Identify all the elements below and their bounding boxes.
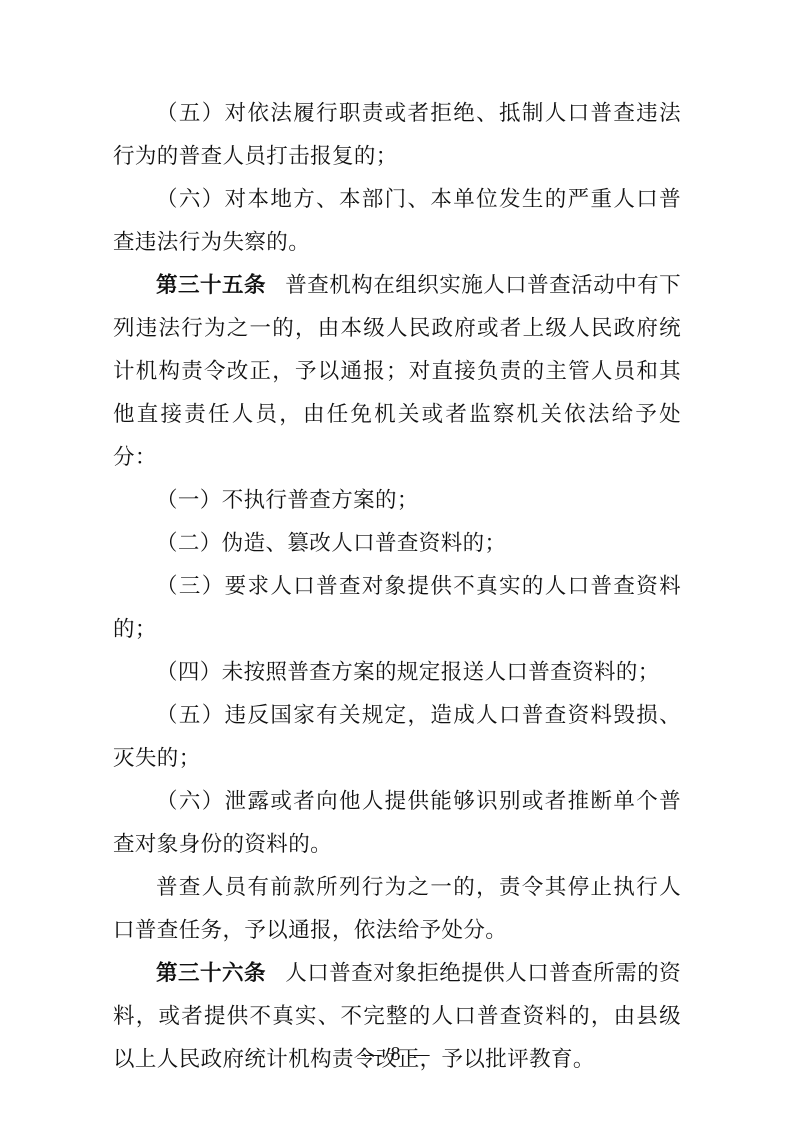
- paragraph-text: 普查人员有前款所列行为之一的，责令其停止执行人口普查任务，予以通报，依法给予处分…: [113, 875, 681, 942]
- document-page: （五）对依法履行职责或者拒绝、抵制人口普查违法行为的普查人员打击报复的； （六）…: [0, 0, 793, 1122]
- page-number-footer: — 8 —: [0, 1043, 793, 1066]
- paragraph-text: 普查机构在组织实施人口普查活动中有下列违法行为之一的，由本级人民政府或者上级人民…: [113, 273, 681, 469]
- paragraph: （六）对本地方、本部门、本单位发生的严重人口普查违法行为失察的。: [113, 178, 681, 264]
- paragraph: 第三十五条普查机构在组织实施人口普查活动中有下列违法行为之一的，由本级人民政府或…: [113, 264, 681, 479]
- paragraph: （三）要求人口普查对象提供不真实的人口普查资料的；: [113, 565, 681, 651]
- paragraph-text: （二）伪造、篡改人口普查资料的；: [156, 531, 506, 555]
- document-content: （五）对依法履行职责或者拒绝、抵制人口普查违法行为的普查人员打击报复的； （六）…: [113, 92, 681, 1081]
- paragraph: （五）违反国家有关规定，造成人口普查资料毁损、灭失的；: [113, 694, 681, 780]
- paragraph: （六）泄露或者向他人提供能够识别或者推断单个普查对象身份的资料的。: [113, 780, 681, 866]
- paragraph-text: （一）不执行普查方案的；: [156, 488, 419, 512]
- paragraph: （一）不执行普查方案的；: [113, 479, 681, 522]
- paragraph-text: （五）违反国家有关规定，造成人口普查资料毁损、灭失的；: [113, 703, 681, 770]
- paragraph: 普查人员有前款所列行为之一的，责令其停止执行人口普查任务，予以通报，依法给予处分…: [113, 866, 681, 952]
- paragraph-text: （四）未按照普查方案的规定报送人口普查资料的；: [156, 660, 660, 684]
- paragraph: （五）对依法履行职责或者拒绝、抵制人口普查违法行为的普查人员打击报复的；: [113, 92, 681, 178]
- paragraph-text: （三）要求人口普查对象提供不真实的人口普查资料的；: [113, 574, 681, 641]
- paragraph-text: （六）对本地方、本部门、本单位发生的严重人口普查违法行为失察的。: [113, 187, 681, 254]
- paragraph-text: （六）泄露或者向他人提供能够识别或者推断单个普查对象身份的资料的。: [113, 789, 681, 856]
- paragraph-text: （五）对依法履行职责或者拒绝、抵制人口普查违法行为的普查人员打击报复的；: [113, 101, 681, 168]
- paragraph: （二）伪造、篡改人口普查资料的；: [113, 522, 681, 565]
- article-number: 第三十六条: [156, 961, 266, 985]
- paragraph: （四）未按照普查方案的规定报送人口普查资料的；: [113, 651, 681, 694]
- article-number: 第三十五条: [156, 273, 266, 297]
